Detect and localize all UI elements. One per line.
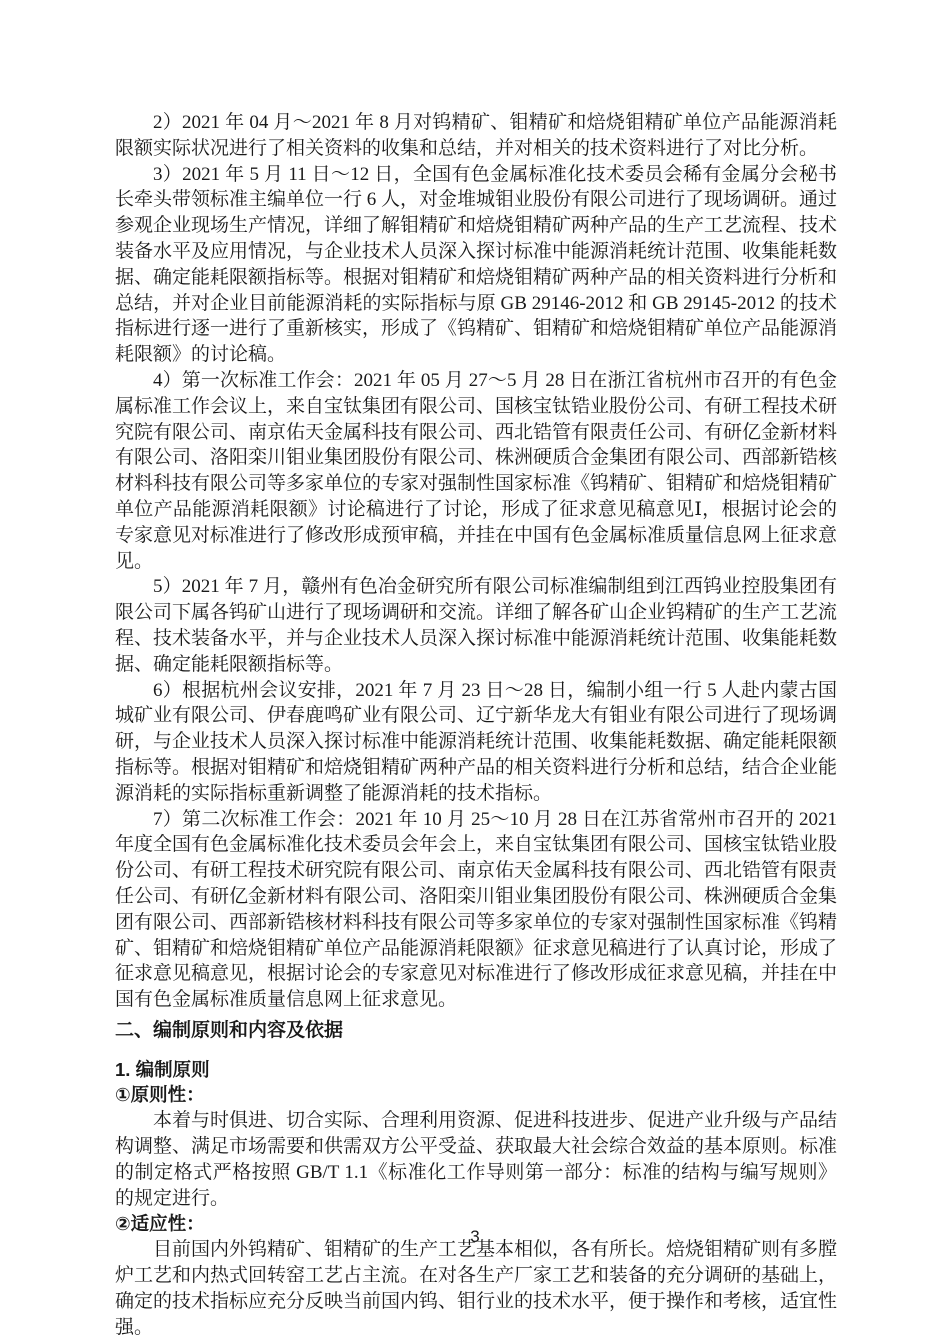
numbered-paragraph-3: 3）2021 年 5 月 11 日～12 日，全国有色金属标准化技术委员会稀有金… xyxy=(115,162,837,368)
clause-principle-text: 本着与时俱进、切合实际、合理利用资源、促进科技进步、促进产业升级与产品结构调整、… xyxy=(115,1108,837,1211)
numbered-paragraph-2: 2）2021 年 04 月～2021 年 8 月对钨精矿、钼精矿和焙烧钼精矿单位… xyxy=(115,110,837,162)
document-page: 2）2021 年 04 月～2021 年 8 月对钨精矿、钼精矿和焙烧钼精矿单位… xyxy=(0,0,950,1344)
numbered-paragraph-7: 7）第二次标准工作会：2021 年 10 月 25～10 月 28 日在江苏省常… xyxy=(115,807,837,1013)
numbered-paragraph-4: 4）第一次标准工作会：2021 年 05 月 27～5 月 28 日在浙江省杭州… xyxy=(115,368,837,574)
numbered-paragraph-5: 5）2021 年 7 月，赣州有色冶金研究所有限公司标准编制组到江西钨业控股集团… xyxy=(115,574,837,677)
clause-principle-label: ①原则性： xyxy=(115,1082,837,1108)
clause-principle: ①原则性： 本着与时俱进、切合实际、合理利用资源、促进科技进步、促进产业升级与产… xyxy=(115,1082,837,1211)
subsection-heading-1: 1. 编制原则 xyxy=(115,1057,837,1083)
page-number: 3 xyxy=(0,1226,950,1248)
section-heading-2: 二、编制原则和内容及依据 xyxy=(115,1018,837,1044)
clause-applicability-text: 目前国内外钨精矿、钼精矿的生产工艺基本相似，各有所长。焙烧钼精矿则有多膛炉工艺和… xyxy=(115,1237,837,1340)
numbered-paragraph-6: 6）根据杭州会议安排，2021 年 7 月 23 日～28 日，编制小组一行 5… xyxy=(115,678,837,807)
